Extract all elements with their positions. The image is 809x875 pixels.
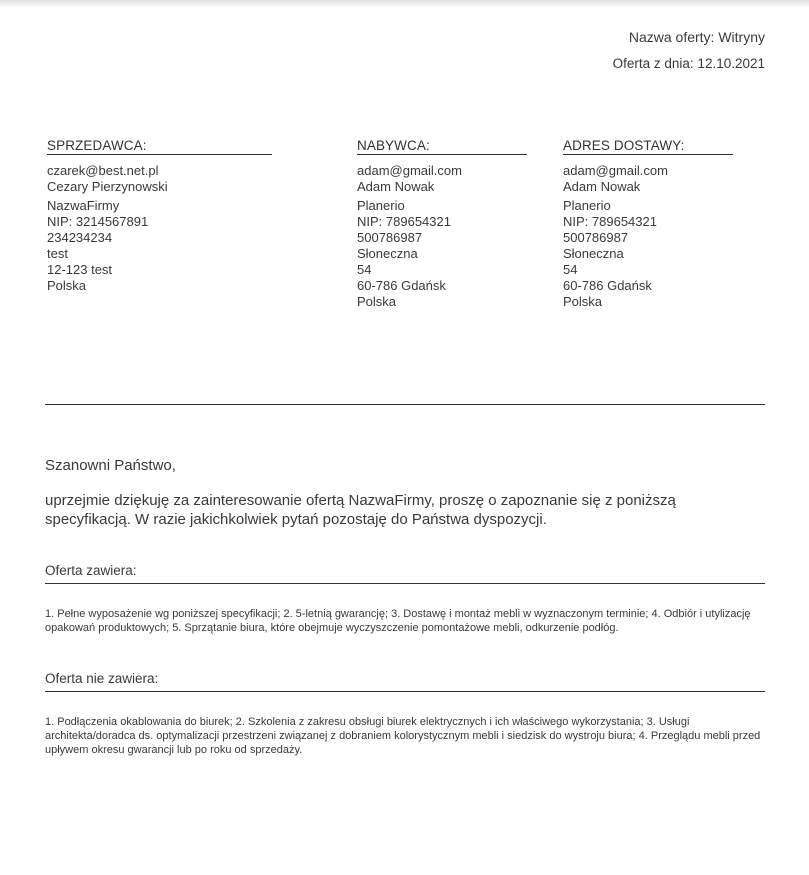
buyer-heading: NABYWCA:	[357, 138, 527, 155]
seller-phone: 234234234	[47, 230, 272, 246]
delivery-email: adam@gmail.com	[563, 163, 733, 179]
excludes-divider	[45, 691, 765, 692]
delivery-city: 60-786 Gdańsk	[563, 278, 733, 294]
excludes-body: 1. Podłączenia okablowania do biurek; 2.…	[45, 715, 765, 757]
top-shadow	[0, 0, 809, 8]
greeting: Szanowni Państwo,	[45, 457, 176, 474]
delivery-heading: ADRES DOSTAWY:	[563, 138, 733, 155]
seller-street: test	[47, 246, 272, 262]
buyer-number: 54	[357, 262, 527, 278]
seller-heading: SPRZEDAWCA:	[47, 138, 272, 155]
seller-company: NazwaFirmy	[47, 198, 272, 214]
buyer-block: NABYWCA: adam@gmail.com Adam Nowak Plane…	[357, 138, 527, 310]
buyer-street: Słoneczna	[357, 246, 527, 262]
delivery-number: 54	[563, 262, 733, 278]
delivery-country: Polska	[563, 294, 733, 310]
buyer-city: 60-786 Gdańsk	[357, 278, 527, 294]
buyer-email: adam@gmail.com	[357, 163, 527, 179]
delivery-phone: 500786987	[563, 230, 733, 246]
delivery-nip: NIP: 789654321	[563, 214, 733, 230]
includes-body: 1. Pełne wyposażenie wg poniższej specyf…	[45, 607, 765, 635]
seller-country: Polska	[47, 278, 272, 294]
buyer-person: Adam Nowak	[357, 179, 527, 195]
offer-meta: Nazwa oferty: Witryny Oferta z dnia: 12.…	[613, 28, 765, 73]
buyer-phone: 500786987	[357, 230, 527, 246]
buyer-nip: NIP: 789654321	[357, 214, 527, 230]
offer-name: Nazwa oferty: Witryny	[613, 28, 765, 46]
seller-block: SPRZEDAWCA: czarek@best.net.pl Cezary Pi…	[47, 138, 272, 294]
buyer-country: Polska	[357, 294, 527, 310]
excludes-title: Oferta nie zawiera:	[45, 671, 158, 686]
seller-nip: NIP: 3214567891	[47, 214, 272, 230]
offer-date: Oferta z dnia: 12.10.2021	[613, 55, 765, 73]
delivery-company: Planerio	[563, 198, 733, 214]
delivery-street: Słoneczna	[563, 246, 733, 262]
main-divider	[45, 404, 765, 405]
seller-city: 12-123 test	[47, 262, 272, 278]
buyer-company: Planerio	[357, 198, 527, 214]
seller-email: czarek@best.net.pl	[47, 163, 272, 179]
includes-title: Oferta zawiera:	[45, 563, 137, 578]
includes-divider	[45, 583, 765, 584]
delivery-person: Adam Nowak	[563, 179, 733, 195]
delivery-block: ADRES DOSTAWY: adam@gmail.com Adam Nowak…	[563, 138, 733, 310]
intro-paragraph: uprzejmie dziękuję za zainteresowanie of…	[45, 491, 745, 529]
seller-person: Cezary Pierzynowski	[47, 179, 272, 195]
